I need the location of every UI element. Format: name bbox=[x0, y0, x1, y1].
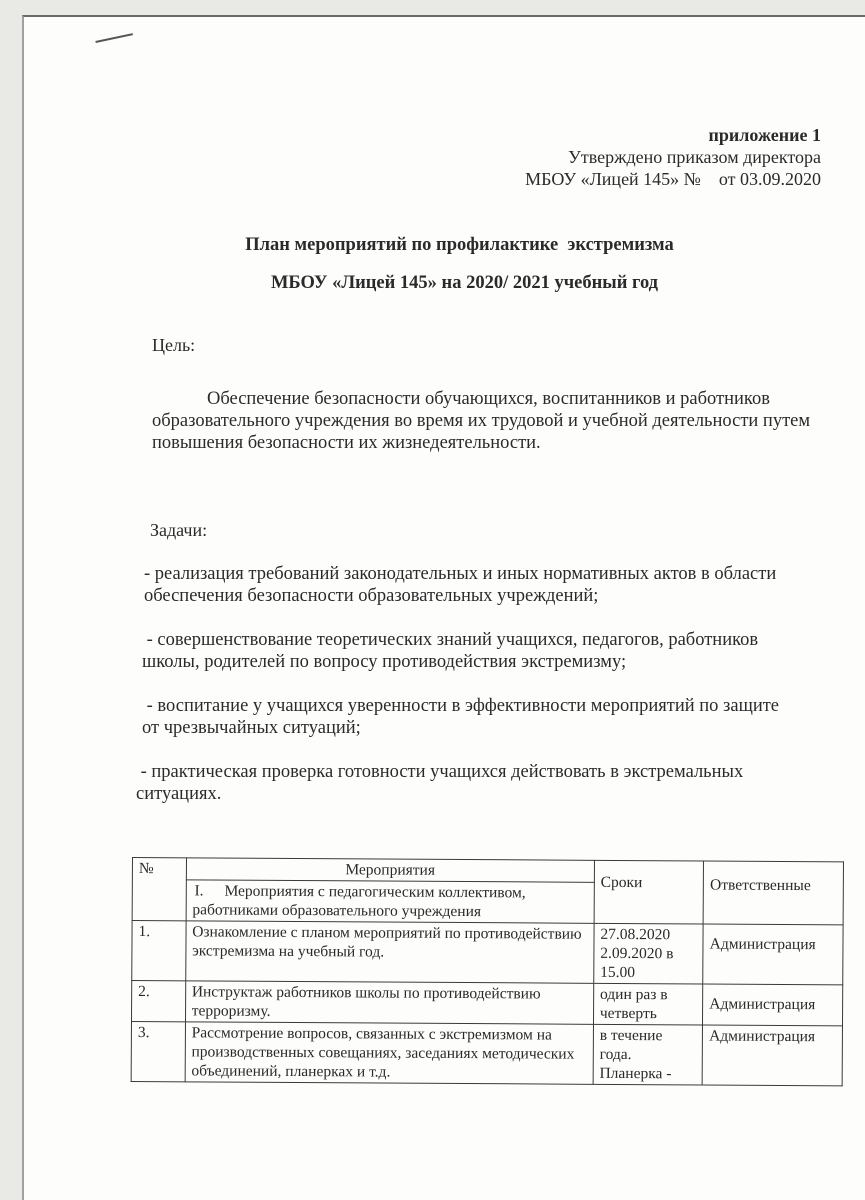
table-row: 2. Инструктаж работников школы по против… bbox=[131, 981, 842, 1026]
goal-text: Обеспечение безопасности обучающихся, во… bbox=[152, 388, 842, 454]
row-term: 27.08.2020 2.09.2020 в 15.00 bbox=[594, 923, 704, 984]
task-item: - практическая проверка готовности учащи… bbox=[136, 761, 826, 805]
row-num: 2. bbox=[131, 981, 185, 1022]
task-item: - реализация требований законодательных … bbox=[144, 563, 794, 607]
appendix-label: приложение 1 bbox=[525, 124, 821, 146]
header-event: Мероприятия bbox=[186, 858, 594, 882]
row-responsible: Администрация bbox=[703, 924, 843, 985]
row-responsible: Администрация bbox=[702, 1025, 842, 1086]
header-num: № bbox=[132, 858, 186, 921]
order-line: МБОУ «Лицей 145» № от 03.09.2020 bbox=[525, 168, 821, 190]
header-term: Сроки bbox=[594, 860, 704, 924]
header-responsible: Ответственные bbox=[703, 861, 843, 925]
tasks-label: Задачи: bbox=[150, 520, 207, 541]
approved-line: Утверждено приказом директора bbox=[525, 146, 821, 168]
row-term: в течение года. Планерка - bbox=[593, 1024, 703, 1085]
row-num: 1. bbox=[132, 921, 186, 981]
events-table: № Мероприятия Сроки Ответственные I.Меро… bbox=[131, 857, 844, 1086]
row-responsible: Администрация bbox=[703, 984, 843, 1026]
table-row: 3. Рассмотрение вопросов, связанных с эк… bbox=[131, 1022, 842, 1086]
goal-label: Цель: bbox=[152, 335, 195, 356]
row-event: Инструктаж работников школы по противоде… bbox=[185, 981, 593, 1024]
table-row: 1. Ознакомление с планом мероприятий по … bbox=[132, 921, 843, 985]
document-subtitle: МБОУ «Лицей 145» на 2020/ 2021 учебный г… bbox=[64, 273, 865, 294]
row-term: один раз в четверть bbox=[593, 983, 703, 1025]
section-title-cell: I.Мероприятия с педагогическим коллектив… bbox=[186, 880, 594, 923]
row-event: Ознакомление с планом мероприятий по про… bbox=[185, 921, 594, 983]
row-num: 3. bbox=[131, 1022, 185, 1082]
task-item: - совершенствование теоретических знаний… bbox=[142, 629, 782, 673]
section-title: Мероприятия с педагогическим коллективом… bbox=[192, 883, 525, 921]
task-item: - воспитание у учащихся уверенности в эф… bbox=[142, 695, 792, 739]
document-title: План мероприятий по профилактике экстрем… bbox=[54, 235, 865, 256]
approval-header: приложение 1 Утверждено приказом директо… bbox=[525, 124, 821, 190]
section-roman: I. bbox=[192, 881, 224, 900]
document-page: приложение 1 Утверждено приказом директо… bbox=[22, 15, 865, 1200]
staple-mark bbox=[95, 33, 134, 51]
row-event: Рассмотрение вопросов, связанных с экстр… bbox=[185, 1022, 594, 1084]
